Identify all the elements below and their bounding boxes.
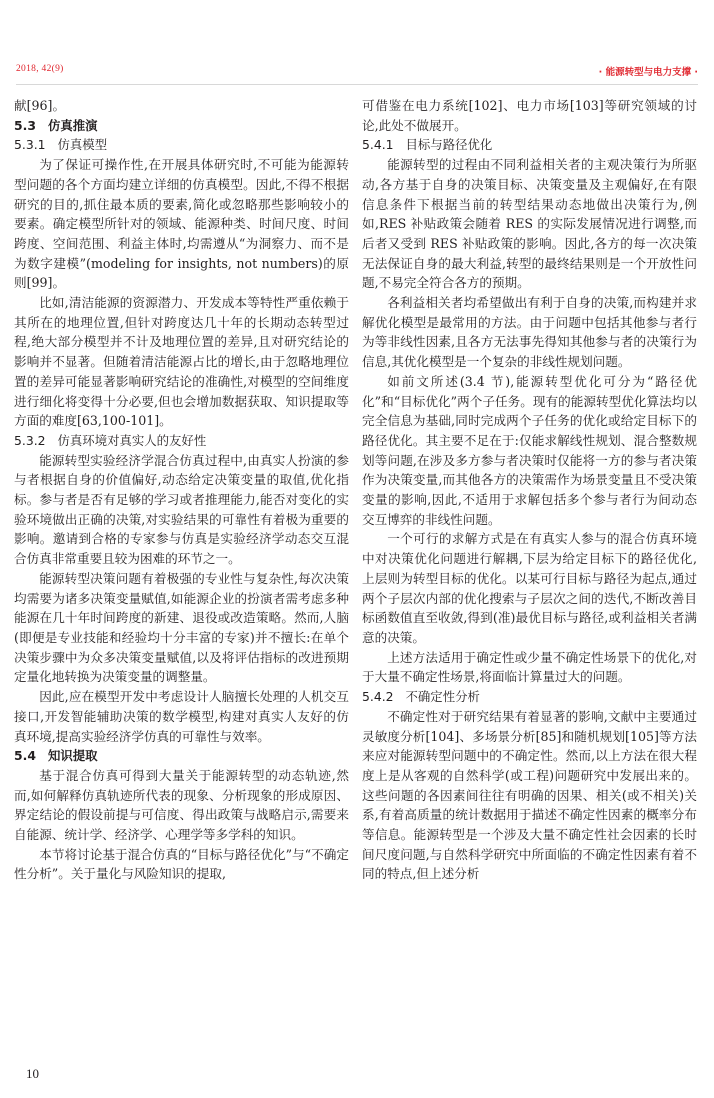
heading-5-3-1: 5.3.1仿真模型 — [14, 135, 349, 155]
paragraph: 本节将讨论基于混合仿真的“目标与路径优化”与“不确定性分析”。关于量化与风险知识… — [14, 845, 349, 884]
heading-5-3-2: 5.3.2仿真环境对真实人的友好性 — [14, 431, 349, 451]
paragraph: 比如,清洁能源的资源潜力、开发成本等特性严重依赖于其所在的地理位置,但针对跨度达… — [14, 293, 349, 431]
heading-5-4-2: 5.4.2不确定性分析 — [362, 687, 697, 707]
paragraph: 为了保证可操作性,在开展具体研究时,不可能为能源转型问题的各个方面均建立详细的仿… — [14, 155, 349, 293]
paragraph: 如前文所述(3.4 节),能源转型优化可分为“路径优化”和“目标优化”两个子任务… — [362, 372, 697, 530]
paragraph: 上述方法适用于确定性或少量不确定性场景下的优化,对于大量不确定性场景,将面临计算… — [362, 648, 697, 687]
paragraph: 不确定性对于研究结果有着显著的影响,文献中主要通过灵敏度分析[104]、多场景分… — [362, 707, 697, 884]
heading-5-3: 5.3仿真推演 — [14, 116, 349, 136]
paragraph: 能源转型的过程由不同利益相关者的主观决策行为所驱动,各方基于自身的决策目标、决策… — [362, 155, 697, 293]
section-title: · 能源转型与电力支撑 · — [599, 64, 698, 78]
paragraph: 献[96]。 — [14, 96, 349, 116]
paragraph: 一个可行的求解方式是在有真实人参与的混合仿真环境中对决策优化问题进行解耦,下层为… — [362, 529, 697, 647]
paragraph: 可借鉴在电力系统[102]、电力市场[103]等研究领域的讨论,此处不做展开。 — [362, 96, 697, 135]
journal-issue: 2018, 42(9) — [16, 64, 64, 74]
paragraph: 能源转型实验经济学混合仿真过程中,由真实人扮演的参与者根据自身的价值偏好,动态给… — [14, 451, 349, 569]
right-column: 可借鉴在电力系统[102]、电力市场[103]等研究领域的讨论,此处不做展开。 … — [362, 96, 697, 884]
left-column: 献[96]。 5.3仿真推演 5.3.1仿真模型 为了保证可操作性,在开展具体研… — [14, 96, 349, 884]
page-number: 10 — [26, 1066, 39, 1082]
heading-5-4: 5.4知识提取 — [14, 746, 349, 766]
paragraph: 各利益相关者均希望做出有利于自身的决策,而构建并求解优化模型是最常用的方法。由于… — [362, 293, 697, 372]
running-header: 2018, 42(9) · 能源转型与电力支撑 · — [16, 62, 698, 85]
paragraph: 因此,应在模型开发中考虑设计人脑擅长处理的人机交互接口,开发智能辅助决策的数学模… — [14, 687, 349, 746]
paragraph: 能源转型决策问题有着极强的专业性与复杂性,每次决策均需要为诸多决策变量赋值,如能… — [14, 569, 349, 687]
heading-5-4-1: 5.4.1目标与路径优化 — [362, 135, 697, 155]
paragraph: 基于混合仿真可得到大量关于能源转型的动态轨迹,然而,如何解释仿真轨迹所代表的现象… — [14, 766, 349, 845]
